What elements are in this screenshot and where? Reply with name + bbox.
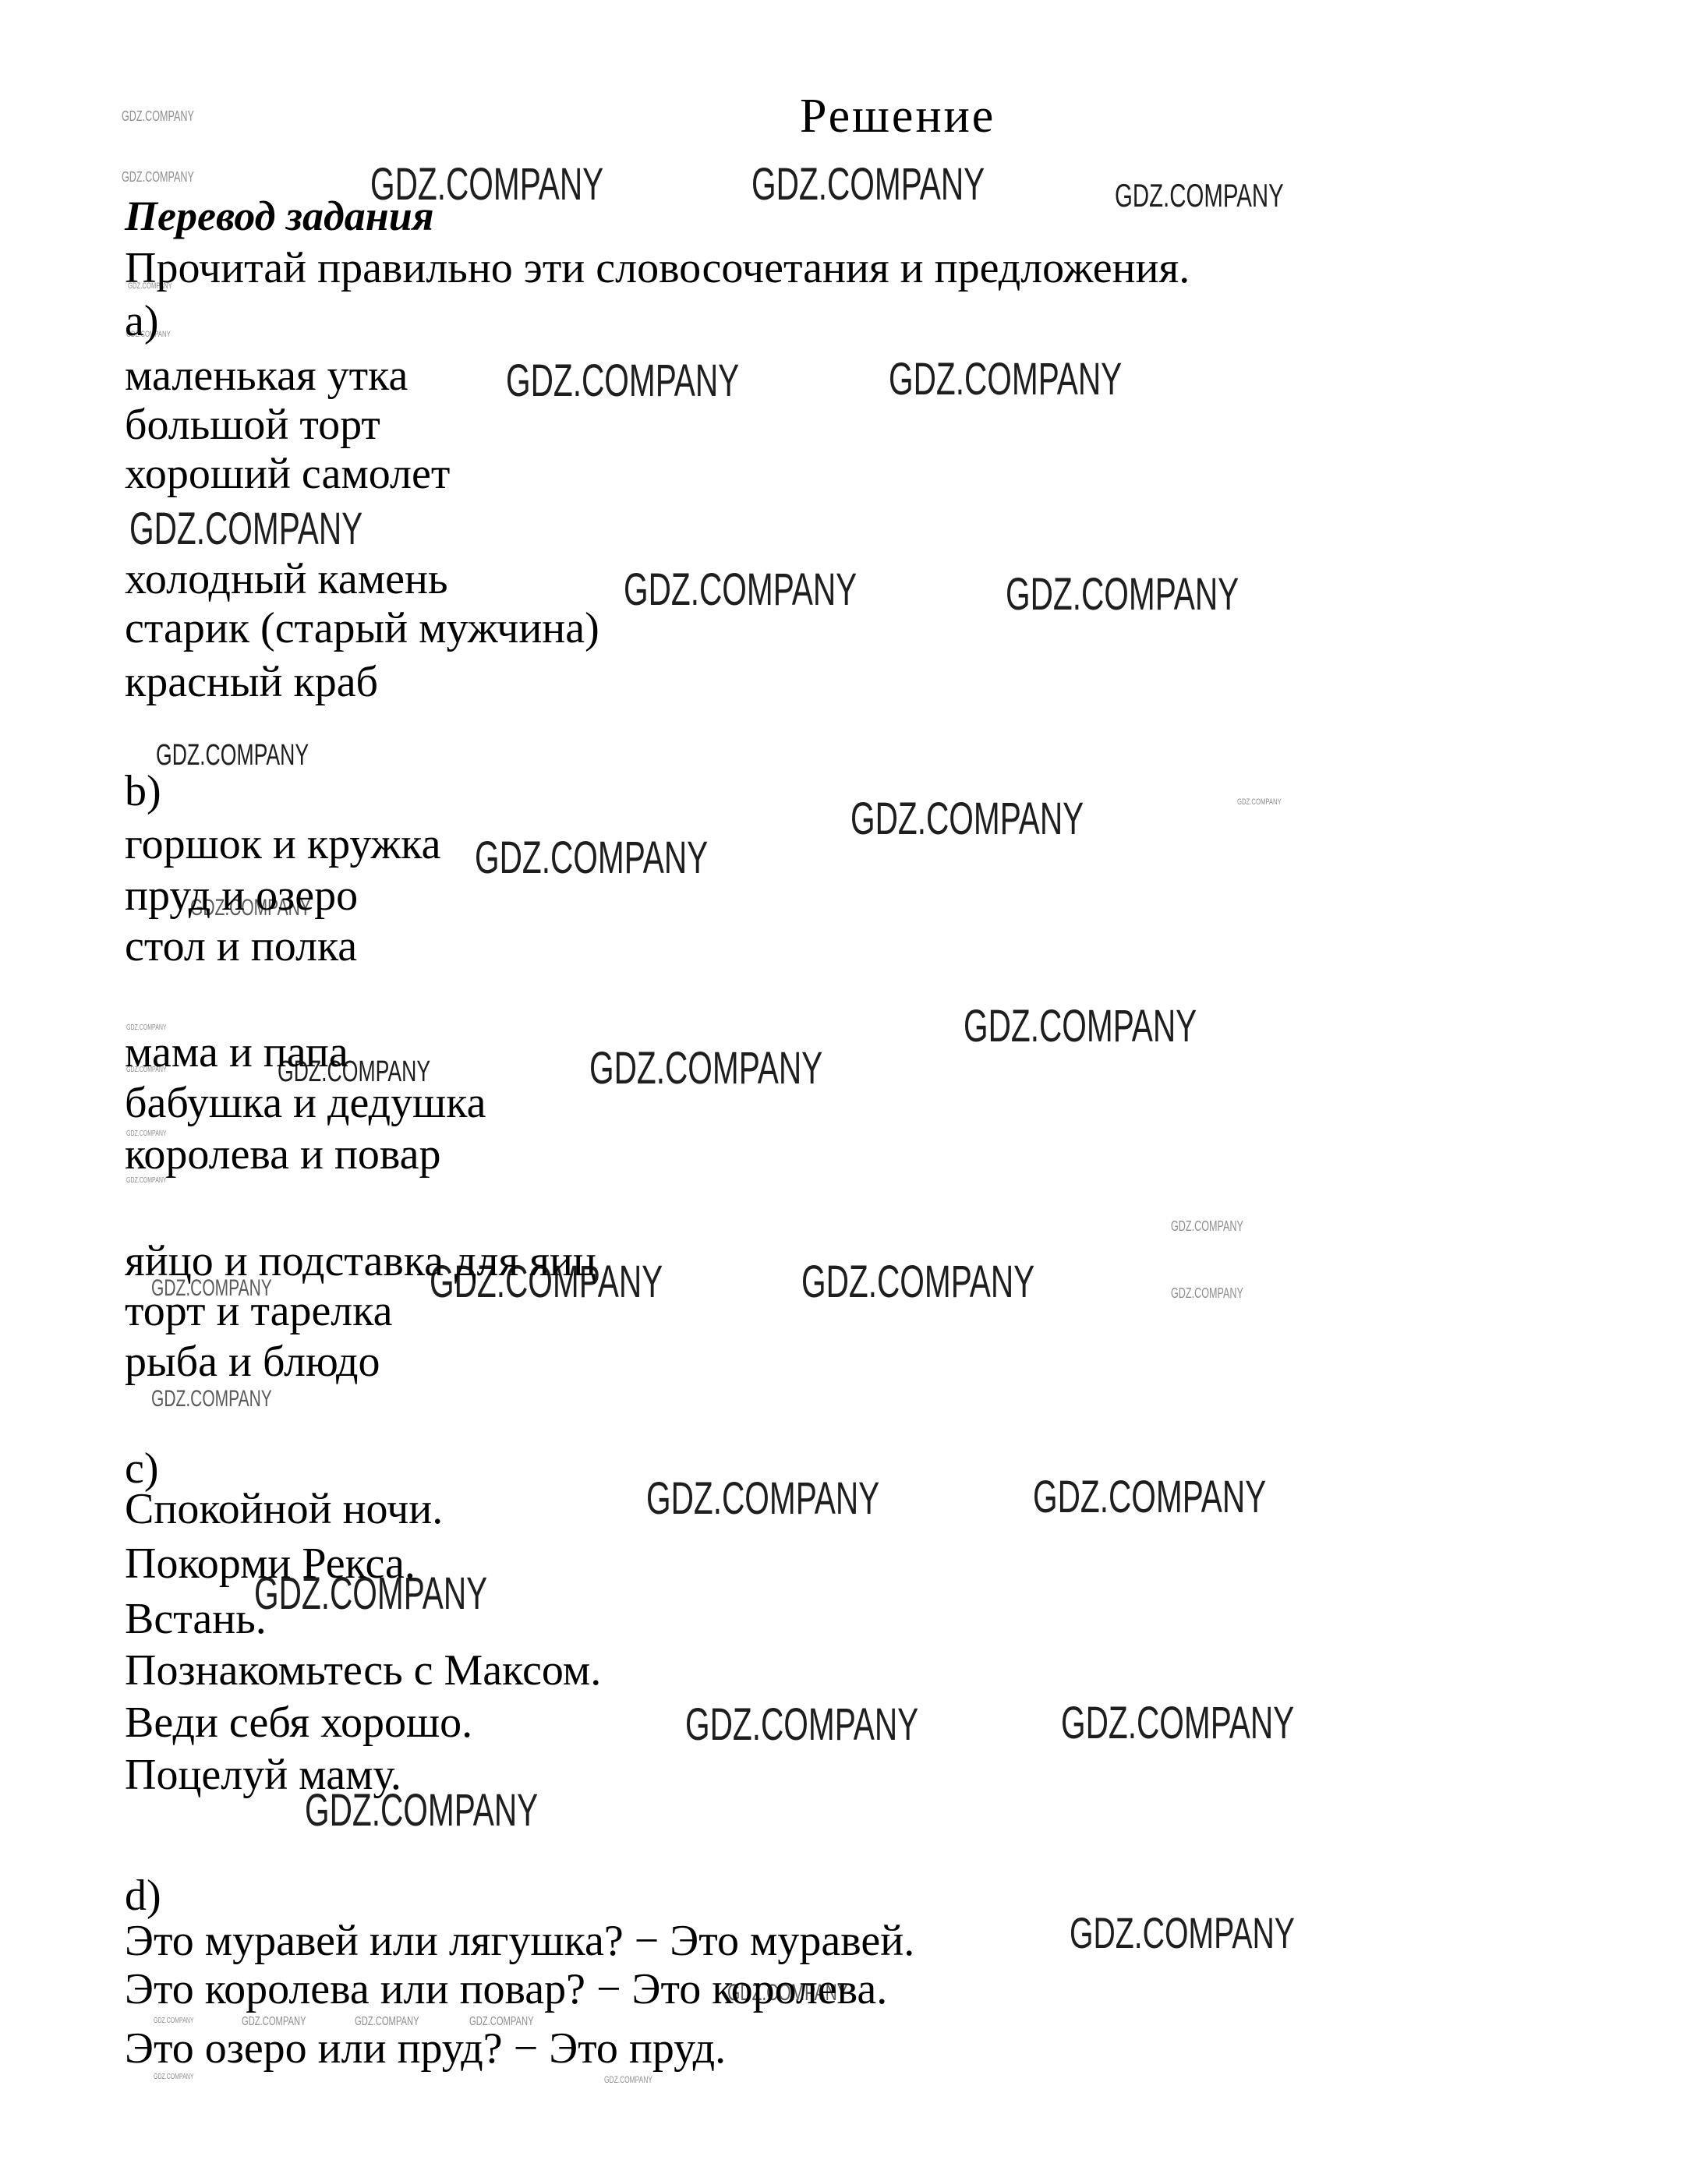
page-title: Решение (800, 89, 995, 144)
watermark: GDZ.COMPANY (1033, 1475, 1266, 1520)
watermark: GDZ.COMPANY (1171, 1219, 1243, 1233)
watermark: GDZ.COMPANY (1237, 798, 1282, 807)
watermark: GDZ.COMPANY (154, 2073, 194, 2081)
watermark: GDZ.COMPANY (1171, 1286, 1243, 1300)
phrase: торт и тарелка (125, 1286, 392, 1336)
phrase: Покорми Рекса. (125, 1539, 416, 1589)
task-intro: Прочитай правильно эти словосочетания и … (125, 243, 1190, 293)
section-label-d: d) (125, 1871, 161, 1921)
phrase: Это озеро или пруд? − Это пруд. (125, 2024, 726, 2073)
section-label-a: a) (125, 296, 159, 346)
watermark: GDZ.COMPANY (129, 507, 362, 552)
watermark: GDZ.COMPANY (475, 836, 708, 881)
phrase: яйцо и подставка для яиц (125, 1236, 596, 1286)
phrase: королева и повар (125, 1129, 440, 1179)
watermark: GDZ.COMPANY (751, 162, 985, 207)
phrase: стол и полка (125, 921, 357, 971)
watermark: GDZ.COMPANY (156, 741, 309, 770)
task-heading: Перевод задания (125, 192, 434, 240)
phrase: Это муравей или лягушка? − Это муравей. (125, 1916, 914, 1966)
phrase: горшок и кружка (125, 819, 441, 869)
watermark: GDZ.COMPANY (1061, 1701, 1294, 1746)
watermark: GDZ.COMPANY (1070, 1911, 1295, 1955)
watermark: GDZ.COMPANY (964, 1004, 1197, 1049)
phrase: хороший самолет (125, 449, 450, 499)
watermark: GDZ.COMPANY (850, 797, 1084, 842)
phrase: пруд и озеро (125, 871, 358, 921)
watermark: GDZ.COMPANY (801, 1260, 1034, 1305)
watermark: GDZ.COMPANY (506, 359, 739, 404)
phrase: красный краб (125, 657, 378, 707)
watermark: GDZ.COMPANY (889, 357, 1122, 402)
watermark: GDZ.COMPANY (646, 1476, 879, 1522)
watermark: GDZ.COMPANY (122, 170, 194, 184)
watermark: GDZ.COMPANY (624, 567, 857, 613)
watermark: GDZ.COMPANY (1006, 572, 1239, 617)
phrase: Поцелуй маму. (125, 1750, 401, 1800)
phrase: маленькая утка (125, 351, 408, 401)
phrase: мама и папа (125, 1027, 348, 1077)
phrase: холодный камень (125, 554, 448, 604)
phrase: бабушка и дедушка (125, 1078, 486, 1128)
phrase: Спокойной ночи. (125, 1484, 443, 1534)
watermark: GDZ.COMPANY (122, 109, 194, 123)
watermark: GDZ.COMPANY (151, 1387, 272, 1411)
phrase: Это королева или повар? − Это королева. (125, 1964, 887, 2014)
watermark: GDZ.COMPANY (589, 1046, 822, 1091)
phrase: старик (старый мужчина) (125, 603, 599, 653)
phrase: большой торт (125, 400, 380, 450)
watermark: GDZ.COMPANY (1115, 179, 1284, 212)
watermark: GDZ.COMPANY (604, 2075, 652, 2084)
phrase: Познакомьтесь с Максом. (125, 1645, 601, 1695)
section-label-b: b) (125, 766, 161, 816)
phrase: Встань. (125, 1594, 267, 1644)
document-page: GDZ.COMPANY GDZ.COMPANY GDZ.COMPANY GDZ.… (0, 0, 1708, 2181)
phrase: рыба и блюдо (125, 1337, 380, 1387)
watermark: GDZ.COMPANY (685, 1702, 918, 1748)
phrase: Веди себя хорошо. (125, 1698, 472, 1748)
